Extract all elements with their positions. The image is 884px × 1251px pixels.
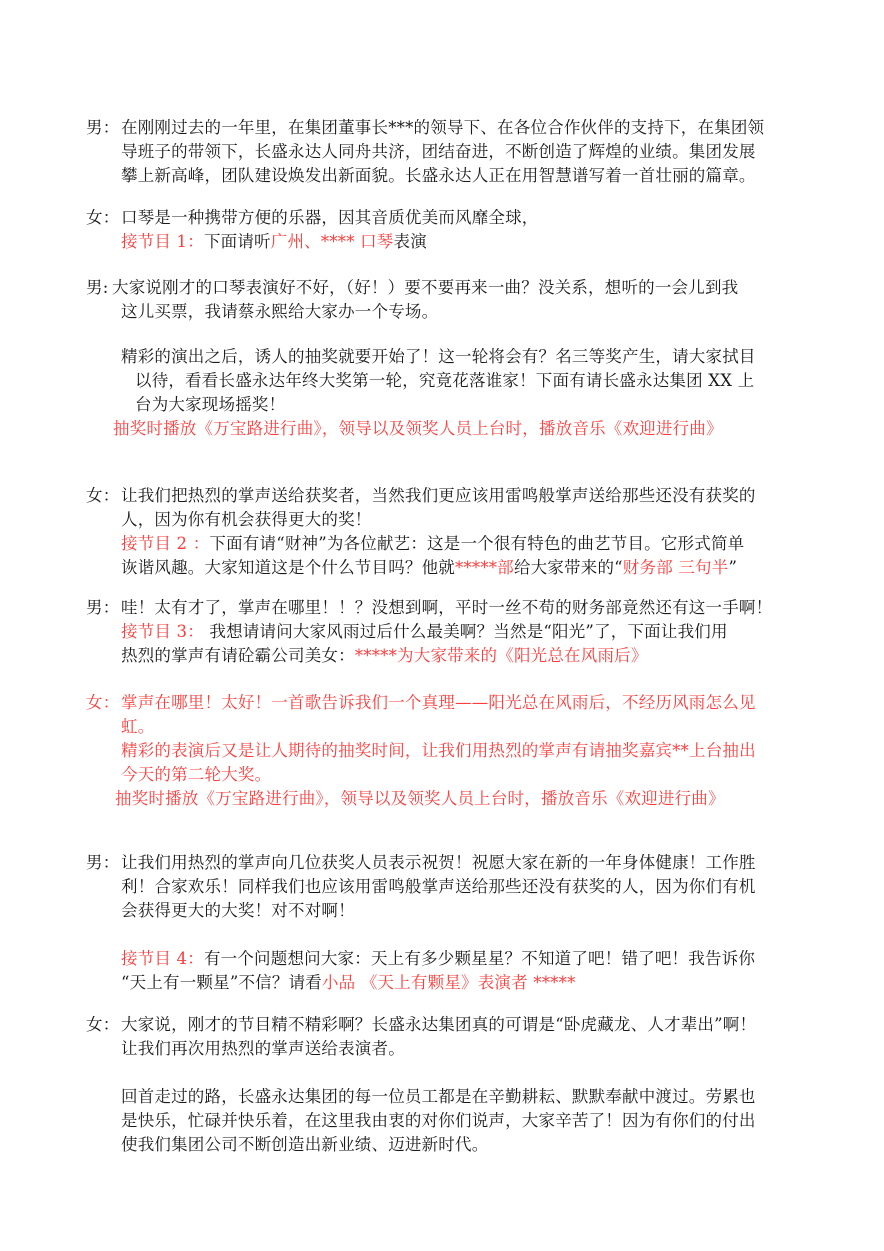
body-text: 利！合家欢乐！同样我们也应该用雷鸣般掌声送给那些还没有获奖的人，因为你们有机: [121, 877, 756, 896]
text-line: 接节目 2 ：下面有请“财神”为各位献艺：这是一个很有特色的曲艺节目。它形式简单: [121, 532, 744, 556]
body-text: 让我们再次用热烈的掌声送给表演者。: [121, 1039, 405, 1058]
highlighted-text: *****为大家带来的《阳光总在风雨后》: [355, 646, 648, 665]
text-line: 接节目 1：下面请听广州、**** 口琴表演: [121, 230, 427, 254]
text-line: 攀上新高峰，团队建设焕发出新面貌。长盛永达人正在用智慧谱写着一首壮丽的篇章。: [121, 164, 756, 188]
highlighted-text: 小品 《天上有颗星》表演者 *****: [322, 973, 576, 992]
text-line: 口琴是一种携带方便的乐器，因其音质优美而风靡全球，: [121, 206, 539, 230]
text-line: 热烈的掌声有请砼霸公司美女：*****为大家带来的《阳光总在风雨后》: [121, 644, 648, 668]
text-line: 今天的第二轮大奖。: [121, 763, 271, 787]
body-text: 会获得更大的大奖！对不对啊！: [121, 901, 355, 920]
body-text: 热烈的掌声有请砼霸公司美女：: [121, 646, 355, 665]
text-line: 会获得更大的大奖！对不对啊！: [121, 899, 355, 923]
highlighted-text: 虹。: [121, 717, 154, 736]
speaker-label: 女：: [86, 1013, 119, 1037]
body-text: 有一个问题想问大家：天上有多少颗星星？不知道了吧！错了吧！我告诉你: [204, 949, 755, 968]
text-line: 使我们集团公司不断创造出新业绩、迈进新时代。: [121, 1133, 488, 1157]
body-text: 回首走过的路，长盛永达集团的每一位员工都是在辛勤耕耘、默默奉献中渡过。劳累也: [121, 1087, 756, 1106]
body-text: 让我们用热烈的掌声向几位获奖人员表示祝贺！祝愿大家在新的一年身体健康！工作胜: [121, 853, 756, 872]
speaker-label: 男:: [86, 276, 108, 300]
highlighted-text: 今天的第二轮大奖。: [121, 765, 271, 784]
body-text: 给大家带来的“: [514, 558, 623, 577]
body-text: ”: [728, 558, 737, 577]
text-line: 虹。: [121, 715, 154, 739]
body-text: 这儿买票，我请蔡永熙给大家办一个专场。: [121, 302, 438, 321]
highlighted-text: 接节目 2 ：: [121, 534, 209, 553]
speaker-label: 男：: [86, 116, 119, 140]
text-line: 大家说，刚才的节目精不精彩啊？长盛永达集团真的可谓是“卧虎藏龙、人才辈出”啊！: [121, 1013, 756, 1037]
text-line: “天上有一颗星”不信？请看小品 《天上有颗星》表演者 *****: [121, 971, 576, 995]
speaker-label: 女：: [86, 691, 119, 715]
body-text: 表演: [394, 232, 427, 251]
speaker-label: 女：: [86, 206, 119, 230]
speaker-label: 男：: [86, 596, 119, 620]
body-text: 是快乐，忙碌并快乐着，在这里我由衷的对你们说声，大家辛苦了！因为有你们的付出: [121, 1111, 756, 1130]
text-line: 哇！太有才了，掌声在哪里！！？没想到啊，平时一丝不苟的财务部竟然还有这一手啊！: [121, 596, 772, 620]
highlighted-text: 接节目 4：: [121, 949, 204, 968]
highlighted-text: 抽奖时播放《万宝路进行曲》，领导以及领奖人员上台时，播放音乐《欢迎进行曲》: [113, 419, 723, 438]
body-text: 让我们把热烈的掌声送给获奖者，当然我们更应该用雷鸣般掌声送给那些还没有获奖的: [121, 486, 756, 505]
text-line: 导班子的带领下，长盛永达人同舟共济，团结奋进，不断创造了辉煌的业绩。集团发展: [121, 140, 756, 164]
document-page: 男：在刚刚过去的一年里，在集团董事长***的领导下、在各位合作伙伴的支持下，在集…: [0, 0, 884, 1251]
text-line: 台为大家现场摇奖！: [135, 393, 285, 417]
highlighted-text: 接节目 3：: [121, 622, 204, 641]
body-text: 口琴是一种携带方便的乐器，因其音质优美而风靡全球，: [121, 208, 539, 227]
highlighted-text: *****部: [455, 558, 514, 577]
text-line: 诙谐风趣。大家知道这是个什么节目吗？他就*****部给大家带来的“财务部 三句半…: [121, 556, 737, 580]
speaker-label: 女：: [86, 484, 119, 508]
highlighted-text: 财务部 三句半: [623, 558, 729, 577]
text-line: 是快乐，忙碌并快乐着，在这里我由衷的对你们说声，大家辛苦了！因为有你们的付出: [121, 1109, 756, 1133]
speaker-label: 男：: [86, 851, 119, 875]
text-line: 精彩的演出之后，诱人的抽奖就要开始了！这一轮将会有？名三等奖产生，请大家拭目: [121, 345, 756, 369]
body-text: 大家说，刚才的节目精不精彩啊？长盛永达集团真的可谓是“卧虎藏龙、人才辈出”啊！: [121, 1015, 756, 1034]
body-text: 诙谐风趣。大家知道这是个什么节目吗？他就: [121, 558, 455, 577]
text-line: 抽奖时播放《万宝路进行曲》，领导以及领奖人员上台时，播放音乐《欢迎进行曲》: [115, 787, 725, 811]
highlighted-text: 掌声在哪里！太好！一首歌告诉我们一个真理——阳光总在风雨后，不经历风雨怎么见: [121, 693, 756, 712]
text-line: 大家说刚才的口琴表演好不好，（好！）要不要再来一曲？没关系，想听的一会儿到我: [112, 276, 738, 300]
text-line: 抽奖时播放《万宝路进行曲》，领导以及领奖人员上台时，播放音乐《欢迎进行曲》: [113, 417, 723, 441]
highlighted-text: 接节目 1：: [121, 232, 204, 251]
body-text: 下面有请“财神”为各位献艺：这是一个很有特色的曲艺节目。它形式简单: [209, 534, 744, 553]
text-line: 掌声在哪里！太好！一首歌告诉我们一个真理——阳光总在风雨后，不经历风雨怎么见: [121, 691, 756, 715]
text-line: 人，因为你有机会获得更大的奖！: [121, 508, 372, 532]
body-text: 精彩的演出之后，诱人的抽奖就要开始了！这一轮将会有？名三等奖产生，请大家拭目: [121, 347, 756, 366]
body-text: 下面请听: [204, 232, 271, 251]
body-text: 人，因为你有机会获得更大的奖！: [121, 510, 372, 529]
text-line: 回首走过的路，长盛永达集团的每一位员工都是在辛勤耕耘、默默奉献中渡过。劳累也: [121, 1085, 756, 1109]
text-line: 精彩的表演后又是让人期待的抽奖时间，让我们用热烈的掌声有请抽奖嘉宾**上台抽出: [121, 739, 756, 763]
text-line: 在刚刚过去的一年里，在集团董事长***的领导下、在各位合作伙伴的支持下，在集团领: [121, 116, 764, 140]
body-text: 我想请请问大家风雨过后什么最美啊？当然是“阳光”了，下面让我们用: [204, 622, 728, 641]
text-line: 接节目 4：有一个问题想问大家：天上有多少颗星星？不知道了吧！错了吧！我告诉你: [121, 947, 755, 971]
text-line: 这儿买票，我请蔡永熙给大家办一个专场。: [121, 300, 438, 324]
highlighted-text: 广州、**** 口琴: [271, 232, 394, 251]
body-text: 以待，看看长盛永达年终大奖第一轮，究竟花落谁家！下面有请长盛永达集团 XX 上: [135, 371, 754, 390]
body-text: 台为大家现场摇奖！: [135, 395, 285, 414]
text-line: 利！合家欢乐！同样我们也应该用雷鸣般掌声送给那些还没有获奖的人，因为你们有机: [121, 875, 756, 899]
highlighted-text: 抽奖时播放《万宝路进行曲》，领导以及领奖人员上台时，播放音乐《欢迎进行曲》: [115, 789, 725, 808]
body-text: 导班子的带领下，长盛永达人同舟共济，团结奋进，不断创造了辉煌的业绩。集团发展: [121, 142, 756, 161]
body-text: 在刚刚过去的一年里，在集团董事长***的领导下、在各位合作伙伴的支持下，在集团领: [121, 118, 764, 137]
text-line: 以待，看看长盛永达年终大奖第一轮，究竟花落谁家！下面有请长盛永达集团 XX 上: [135, 369, 754, 393]
body-text: 大家说刚才的口琴表演好不好，（好！）要不要再来一曲？没关系，想听的一会儿到我: [112, 278, 738, 297]
body-text: 攀上新高峰，团队建设焕发出新面貌。长盛永达人正在用智慧谱写着一首壮丽的篇章。: [121, 166, 756, 185]
text-line: 让我们再次用热烈的掌声送给表演者。: [121, 1037, 405, 1061]
text-line: 让我们用热烈的掌声向几位获奖人员表示祝贺！祝愿大家在新的一年身体健康！工作胜: [121, 851, 756, 875]
highlighted-text: 精彩的表演后又是让人期待的抽奖时间，让我们用热烈的掌声有请抽奖嘉宾**上台抽出: [121, 741, 756, 760]
text-line: 让我们把热烈的掌声送给获奖者，当然我们更应该用雷鸣般掌声送给那些还没有获奖的: [121, 484, 756, 508]
body-text: “天上有一颗星”不信？请看: [121, 973, 322, 992]
body-text: 哇！太有才了，掌声在哪里！！？没想到啊，平时一丝不苟的财务部竟然还有这一手啊！: [121, 598, 772, 617]
text-line: 接节目 3： 我想请请问大家风雨过后什么最美啊？当然是“阳光”了，下面让我们用: [121, 620, 728, 644]
body-text: 使我们集团公司不断创造出新业绩、迈进新时代。: [121, 1135, 488, 1154]
